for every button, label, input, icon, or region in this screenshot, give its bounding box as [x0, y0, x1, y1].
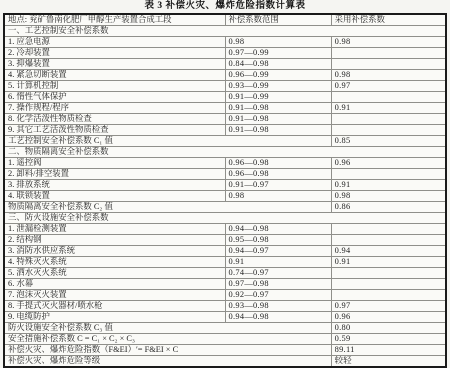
range-value-cell: 0.91—0.98 — [225, 103, 331, 114]
header-location-cell: 地点: 兖矿鲁南化肥厂甲醇生产装置合成工段 — [4, 14, 225, 26]
item-row: 1. 遥控阀0.96—0.980.96 — [4, 158, 446, 169]
table-title: 表 3 补偿火灾、爆炸危险指数计算表 — [0, 0, 450, 13]
subtotal-value-cell: 较轻 — [331, 356, 446, 368]
item-row: 9. 其它工艺活泼性物质检查0.91—0.98 — [4, 125, 446, 136]
used-value-cell — [331, 235, 446, 246]
range-value-cell: 0.98 — [225, 37, 331, 48]
range-value-cell: 0.92—0.97 — [225, 290, 331, 301]
range-value-cell: 0.91 — [225, 257, 331, 268]
range-value-cell: 0.96—0.98 — [225, 158, 331, 169]
range-value-cell: 0.97—0.98 — [225, 279, 331, 290]
subtotal-value-cell: 0.85 — [331, 136, 446, 147]
used-value-cell: 0.96 — [331, 158, 446, 169]
item-label-cell: 2. 卸料/排空装置 — [4, 169, 225, 180]
item-row: 8. 化学活泼性物质检查0.91—0.98 — [4, 114, 446, 125]
item-label-cell: 1. 应急电源 — [4, 37, 225, 48]
item-label-cell: 3. 排放系统 — [4, 180, 225, 191]
subtotal-label-cell: 补偿火灾、爆炸危险等级 — [4, 356, 331, 368]
used-value-cell — [331, 224, 446, 235]
item-row: 1. 泄漏检测装置0.94—0.98 — [4, 224, 446, 235]
used-value-cell — [331, 125, 446, 136]
range-value-cell: 0.91—0.97 — [225, 180, 331, 191]
subtotal-label-cell: 防火设施安全补偿系数 C₃ 值 — [4, 323, 331, 334]
item-row: 3. 消防水供应系统0.94—0.970.94 — [4, 246, 446, 257]
range-value-cell: 0.96—0.99 — [225, 70, 331, 81]
range-value-cell: 0.94—0.98 — [225, 312, 331, 323]
subtotal-row: 工艺控制安全补偿系数 C₁ 值0.85 — [4, 136, 446, 147]
item-row: 7. 操作规程/程序0.91—0.980.91 — [4, 103, 446, 114]
section-row: 三、防火设施安全补偿系数 — [4, 213, 446, 224]
used-value-cell: 0.98 — [331, 191, 446, 202]
used-value-cell — [331, 290, 446, 301]
item-label-cell: 6. 水幕 — [4, 279, 225, 290]
item-row: 2. 冷却装置0.97—0.99 — [4, 48, 446, 59]
table-header: 地点: 兖矿鲁南化肥厂甲醇生产装置合成工段 补偿系数范围 采用补偿系数 — [4, 14, 446, 26]
used-value-cell: 0.97 — [331, 301, 446, 312]
compensation-index-table: 地点: 兖矿鲁南化肥厂甲醇生产装置合成工段 补偿系数范围 采用补偿系数 一、工艺… — [3, 13, 447, 368]
item-label-cell: 8. 手提式灭火器材/喷水枪 — [4, 301, 225, 312]
item-row: 2. 结构钢0.95—0.98 — [4, 235, 446, 246]
used-value-cell: 0.91 — [331, 257, 446, 268]
item-label-cell: 2. 冷却装置 — [4, 48, 225, 59]
item-row: 8. 手提式灭火器材/喷水枪0.93—0.980.97 — [4, 301, 446, 312]
subtotal-row: 物质隔离安全补偿系数 C₂ 值0.86 — [4, 202, 446, 213]
subtotal-label-cell: 物质隔离安全补偿系数 C₂ 值 — [4, 202, 331, 213]
item-row: 5. 计算机控制0.93—0.990.97 — [4, 81, 446, 92]
header-used-cell: 采用补偿系数 — [331, 14, 446, 26]
used-value-cell: 0.98 — [331, 37, 446, 48]
subtotal-value-cell: 89.11 — [331, 345, 446, 356]
range-value-cell: 0.93—0.98 — [225, 301, 331, 312]
subtotal-value-cell: 0.59 — [331, 334, 446, 345]
item-row: 4. 特殊灭火系统0.910.91 — [4, 257, 446, 268]
range-value-cell: 0.96—0.98 — [225, 169, 331, 180]
range-value-cell: 0.97—0.99 — [225, 48, 331, 59]
item-row: 4. 紧急切断装置0.96—0.990.98 — [4, 70, 446, 81]
section-label-cell: 二、物质隔离安全补偿系数 — [4, 147, 446, 158]
item-label-cell: 1. 泄漏检测装置 — [4, 224, 225, 235]
range-value-cell: 0.91—0.98 — [225, 125, 331, 136]
used-value-cell: 0.91 — [331, 103, 446, 114]
item-label-cell: 9. 其它工艺活泼性物质检查 — [4, 125, 225, 136]
range-value-cell: 0.84—0.98 — [225, 59, 331, 70]
subtotal-row: 防火设施安全补偿系数 C₃ 值0.80 — [4, 323, 446, 334]
used-value-cell — [331, 268, 446, 279]
used-value-cell — [331, 59, 446, 70]
used-value-cell: 0.96 — [331, 312, 446, 323]
item-row: 1. 应急电源0.980.98 — [4, 37, 446, 48]
item-label-cell: 6. 惰性气体保护 — [4, 92, 225, 103]
item-label-cell: 5. 计算机控制 — [4, 81, 225, 92]
item-label-cell: 7. 泡沫灭火装置 — [4, 290, 225, 301]
subtotal-label-cell: 补偿火灾、爆炸危险指数（F&EI）′= F&EI × C — [4, 345, 331, 356]
item-label-cell: 4. 联锁装置 — [4, 191, 225, 202]
item-row: 5. 洒水灭火系统0.74—0.97 — [4, 268, 446, 279]
used-value-cell — [331, 279, 446, 290]
subtotal-row: 安全措施补偿系数 C = C₁ × C₂ × C₃0.59 — [4, 334, 446, 345]
header-row: 地点: 兖矿鲁南化肥厂甲醇生产装置合成工段 补偿系数范围 采用补偿系数 — [4, 14, 446, 26]
section-row: 二、物质隔离安全补偿系数 — [4, 147, 446, 158]
range-value-cell: 0.91—0.98 — [225, 114, 331, 125]
section-row: 一、工艺控制安全补偿系数 — [4, 26, 446, 37]
used-value-cell — [331, 48, 446, 59]
item-row: 6. 水幕0.97—0.98 — [4, 279, 446, 290]
subtotal-label-cell: 工艺控制安全补偿系数 C₁ 值 — [4, 136, 331, 147]
item-label-cell: 4. 紧急切断装置 — [4, 70, 225, 81]
item-label-cell: 3. 消防水供应系统 — [4, 246, 225, 257]
document-page: 表 3 补偿火灾、爆炸危险指数计算表 地点: 兖矿鲁南化肥厂甲醇生产装置合成工段… — [0, 0, 450, 368]
subtotal-label-cell: 安全措施补偿系数 C = C₁ × C₂ × C₃ — [4, 334, 331, 345]
subtotal-row: 补偿火灾、爆炸危险等级较轻 — [4, 356, 446, 368]
item-label-cell: 2. 结构钢 — [4, 235, 225, 246]
item-label-cell: 9. 电缆防护 — [4, 312, 225, 323]
item-row: 4. 联锁装置0.980.98 — [4, 191, 446, 202]
item-label-cell: 5. 洒水灭火系统 — [4, 268, 225, 279]
item-label-cell: 8. 化学活泼性物质检查 — [4, 114, 225, 125]
used-value-cell: 0.98 — [331, 70, 446, 81]
item-row: 3. 排放系统0.91—0.970.91 — [4, 180, 446, 191]
subtotal-value-cell: 0.80 — [331, 323, 446, 334]
range-value-cell: 0.94—0.97 — [225, 246, 331, 257]
item-row: 6. 惰性气体保护0.91—0.99 — [4, 92, 446, 103]
item-label-cell: 1. 遥控阀 — [4, 158, 225, 169]
range-value-cell: 0.98 — [225, 191, 331, 202]
subtotal-row: 补偿火灾、爆炸危险指数（F&EI）′= F&EI × C89.11 — [4, 345, 446, 356]
used-value-cell — [331, 92, 446, 103]
used-value-cell: 0.97 — [331, 81, 446, 92]
range-value-cell: 0.94—0.98 — [225, 224, 331, 235]
section-label-cell: 一、工艺控制安全补偿系数 — [4, 26, 446, 37]
item-label-cell: 7. 操作规程/程序 — [4, 103, 225, 114]
subtotal-value-cell: 0.86 — [331, 202, 446, 213]
item-row: 9. 电缆防护0.94—0.980.96 — [4, 312, 446, 323]
range-value-cell: 0.93—0.99 — [225, 81, 331, 92]
range-value-cell: 0.95—0.98 — [225, 235, 331, 246]
item-label-cell: 4. 特殊灭火系统 — [4, 257, 225, 268]
item-label-cell: 3. 抑爆装置 — [4, 59, 225, 70]
used-value-cell: 0.94 — [331, 246, 446, 257]
table-body: 一、工艺控制安全补偿系数1. 应急电源0.980.982. 冷却装置0.97—0… — [4, 26, 446, 368]
section-label-cell: 三、防火设施安全补偿系数 — [4, 213, 446, 224]
used-value-cell — [331, 169, 446, 180]
item-row: 2. 卸料/排空装置0.96—0.98 — [4, 169, 446, 180]
range-value-cell: 0.74—0.97 — [225, 268, 331, 279]
used-value-cell — [331, 114, 446, 125]
header-range-cell: 补偿系数范围 — [225, 14, 331, 26]
item-row: 7. 泡沫灭火装置0.92—0.97 — [4, 290, 446, 301]
range-value-cell: 0.91—0.99 — [225, 92, 331, 103]
item-row: 3. 抑爆装置0.84—0.98 — [4, 59, 446, 70]
used-value-cell: 0.91 — [331, 180, 446, 191]
